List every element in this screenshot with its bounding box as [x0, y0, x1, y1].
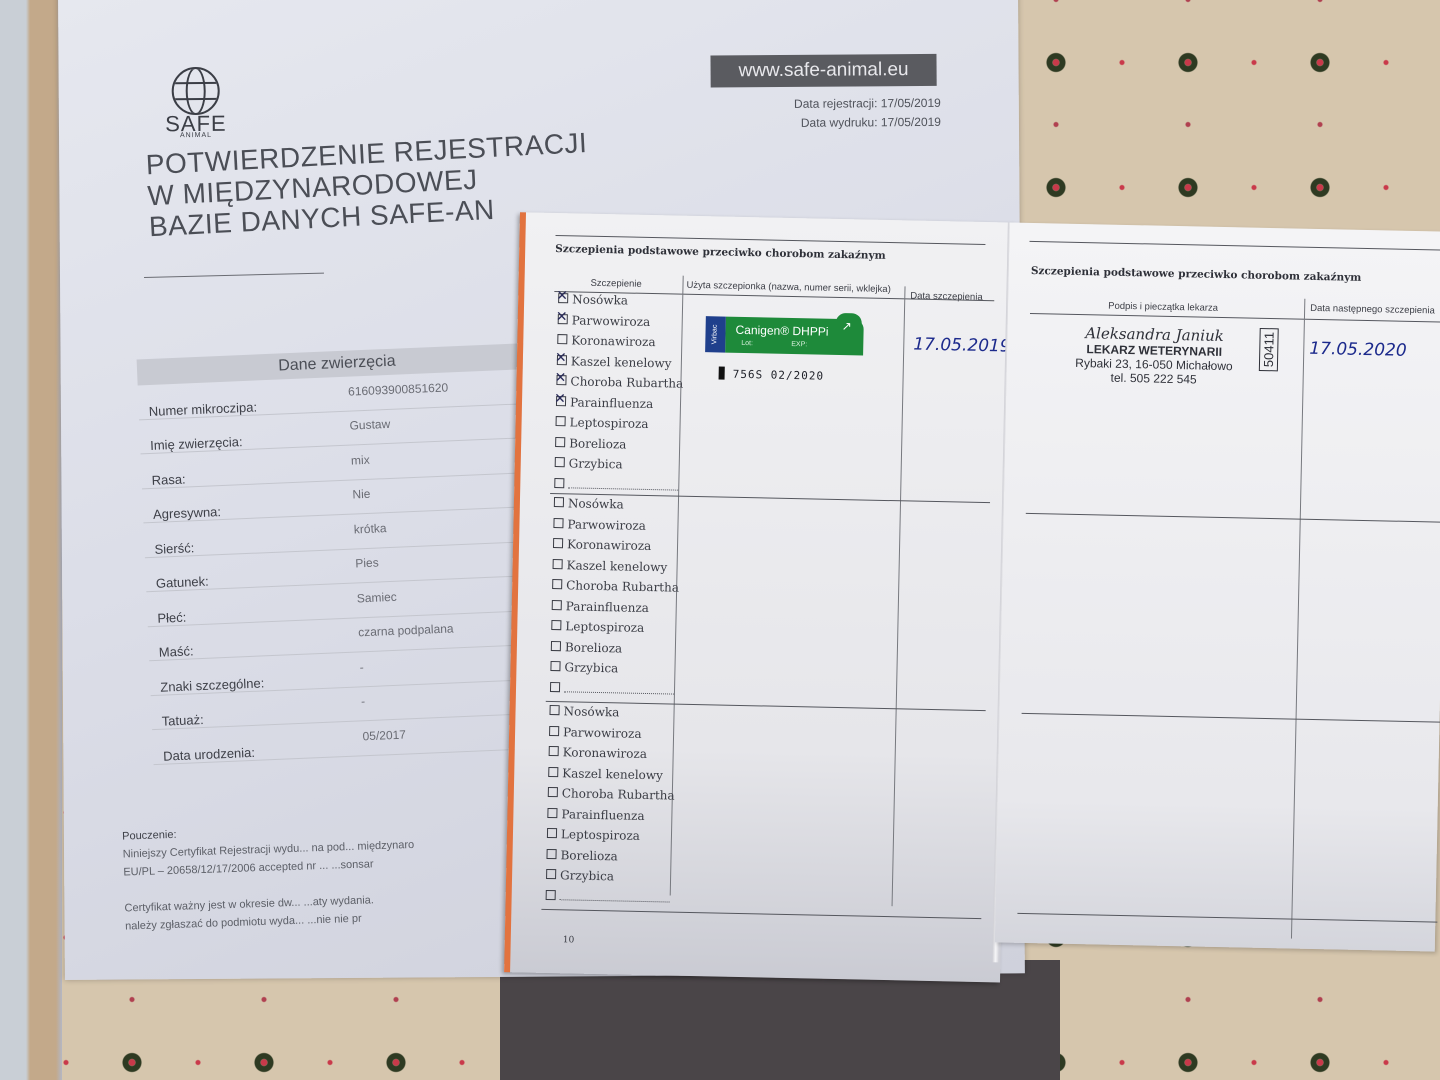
checkbox[interactable]: [557, 355, 567, 365]
vaccination-checkbox-item[interactable]: Borelioza: [555, 433, 682, 456]
checkbox[interactable]: [553, 518, 563, 528]
field-value: Nie: [352, 487, 371, 502]
disease-label: Parwowiroza: [572, 313, 651, 329]
disease-label: Grzybica: [569, 456, 623, 471]
disease-label: Borelioza: [569, 436, 627, 451]
batch-number: 756S 02/2020: [719, 366, 825, 382]
field-value: Gustaw: [349, 417, 390, 433]
checkbox[interactable]: [556, 375, 566, 385]
checkbox[interactable]: [546, 848, 556, 858]
blank-line: [564, 691, 674, 694]
checkbox[interactable]: [556, 396, 566, 406]
vaccination-checkbox-item[interactable]: Nosówka: [558, 289, 685, 312]
page-number: 10: [563, 935, 575, 945]
page-heading: Szczepienia podstawowe przeciwko chorobo…: [555, 243, 886, 262]
disease-label: Kaszel kenelowy: [566, 558, 667, 574]
checkbox[interactable]: [551, 620, 561, 630]
vet-stamp: Aleksandra Janiuk LEKARZ WETERYNARII Ryb…: [1039, 323, 1270, 388]
vaccination-date: 17.05.2019: [913, 335, 1011, 357]
vaccination-checkbox-item[interactable]: Parainfluenza: [547, 803, 674, 826]
vaccination-checkbox-item[interactable]: Parainfluenza: [552, 596, 679, 619]
page-heading: Szczepienia podstawowe przeciwko chorobo…: [1031, 265, 1362, 284]
notice: Pouczenie: Niniejszy Certyfikat Rejestra…: [122, 814, 525, 935]
vaccine-sticker: Virbac Canigen® DHPPi Lot: EXP: ↗: [705, 310, 864, 355]
manufacturer-label: Virbac: [705, 316, 726, 352]
disease-label: Grzybica: [564, 660, 618, 675]
disease-label: Koronawiroza: [563, 745, 648, 761]
disease-label: Choroba Rubartha: [570, 374, 683, 390]
dates-block: Data rejestracji: 17/05/2019 Data wydruk…: [739, 94, 941, 133]
checkbox[interactable]: [558, 293, 568, 303]
column-header-signature: Podpis i pieczątka lekarza: [1108, 301, 1218, 314]
vaccination-checkbox-item[interactable]: Grzybica: [546, 865, 673, 888]
vaccination-checkbox-item[interactable]: Borelioza: [551, 636, 678, 659]
field-value: krótka: [354, 521, 387, 536]
disease-label: Parwowiroza: [563, 725, 642, 741]
vaccination-checkbox-item[interactable]: Leptospiroza: [547, 824, 674, 847]
vaccination-checkbox-item[interactable]: Parwowiroza: [553, 514, 680, 537]
vaccination-checklist: NosówkaParwowirozaKoronawirozaKaszel ken…: [550, 493, 681, 701]
disease-label: Parainfluenza: [561, 807, 644, 823]
disease-label: Nosówka: [572, 292, 628, 307]
field-value: Pies: [355, 556, 379, 571]
divider: [1017, 913, 1437, 923]
disease-label: Parainfluenza: [566, 599, 649, 615]
column-header-vaccine-used: Użyta szczepionka (nazwa, numer serii, w…: [686, 280, 891, 295]
column-divider: [892, 286, 906, 906]
blank-line: [568, 487, 678, 490]
disease-label: Choroba Rubartha: [562, 786, 675, 802]
vaccination-checkbox-item[interactable]: Leptospiroza: [555, 412, 682, 435]
vaccination-checkbox-item[interactable]: Choroba Rubartha: [556, 371, 683, 394]
vaccination-checkbox-item[interactable]: Parwowiroza: [558, 310, 685, 333]
field-value: -: [361, 694, 366, 708]
checkbox[interactable]: [554, 478, 564, 488]
checkbox[interactable]: [551, 640, 561, 650]
vaccination-checkbox-item[interactable]: Kaszel kenelowy: [548, 762, 675, 785]
arrow-icon: ↗: [842, 319, 852, 333]
checkbox[interactable]: [546, 889, 556, 899]
field-value: czarna podpalana: [358, 621, 454, 639]
vaccination-checkbox-item[interactable]: [545, 885, 672, 908]
column-header-date: Data szczepienia: [910, 290, 983, 303]
checkbox[interactable]: [548, 787, 558, 797]
print-date: 17/05/2019: [881, 115, 941, 129]
checkbox[interactable]: [546, 869, 556, 879]
vaccination-checkbox-item[interactable]: Borelioza: [546, 844, 673, 867]
checkbox[interactable]: [550, 681, 560, 691]
checkbox[interactable]: [553, 559, 563, 569]
disease-label: Kaszel kenelowy: [562, 766, 663, 782]
animal-data-table: Dane zwierzęcia Numer mikroczipa:6160939…: [137, 343, 554, 765]
disease-label: Choroba Rubartha: [566, 578, 679, 594]
vaccination-checkbox-item[interactable]: Koronawiroza: [557, 330, 684, 353]
vaccination-checkbox-item[interactable]: Kaszel kenelowy: [557, 351, 684, 374]
divider: [1029, 241, 1440, 251]
disease-label: Parwowiroza: [567, 517, 646, 533]
checkbox[interactable]: [555, 437, 565, 447]
vaccination-checkbox-item[interactable]: Choroba Rubartha: [552, 575, 679, 598]
vaccination-checklist: NosówkaParwowirozaKoronawirozaKaszel ken…: [554, 289, 685, 497]
vaccination-booklet: Szczepienia podstawowe przeciwko chorobo…: [492, 212, 1440, 997]
checkbox[interactable]: [547, 807, 557, 817]
disease-label: Grzybica: [560, 868, 614, 883]
checkbox[interactable]: [553, 538, 563, 548]
divider: [1026, 513, 1440, 523]
column-header-vaccination: Szczepienie: [590, 278, 641, 290]
vaccination-checkbox-item[interactable]: Nosówka: [554, 493, 681, 516]
checkbox[interactable]: [557, 334, 567, 344]
field-value: 616093900851620: [348, 380, 449, 398]
checkbox[interactable]: [550, 661, 560, 671]
field-label: Data urodzenia:: [153, 740, 363, 764]
disease-label: Borelioza: [560, 848, 618, 863]
disease-label: Leptospiroza: [565, 619, 644, 635]
field-value: 05/2017: [362, 727, 406, 743]
disease-label: Leptospiroza: [561, 827, 640, 843]
checkbox[interactable]: [549, 705, 559, 715]
checkbox[interactable]: [552, 579, 562, 589]
field-value: Samiec: [356, 589, 397, 605]
disease-label: Parainfluenza: [570, 395, 653, 411]
next-vaccination-date: 17.05.2020: [1309, 339, 1407, 361]
checkbox[interactable]: [555, 457, 565, 467]
field-value: -: [359, 660, 364, 674]
checkbox[interactable]: [549, 725, 559, 735]
lot-label: Lot:: [741, 340, 753, 347]
vaccination-checkbox-item[interactable]: Koronawiroza: [553, 534, 680, 557]
disease-label: Leptospiroza: [569, 415, 648, 431]
checkbox[interactable]: [549, 746, 559, 756]
divider: [144, 273, 324, 278]
field-value: mix: [351, 452, 370, 467]
vaccination-checkbox-item[interactable]: [550, 677, 677, 700]
column-header-next-date: Data następnego szczepienia: [1310, 303, 1435, 317]
vaccination-checkbox-item[interactable]: Nosówka: [549, 701, 676, 724]
vaccination-checkbox-item[interactable]: Parainfluenza: [556, 392, 683, 415]
left-edge-background: [0, 0, 62, 1080]
disease-label: Nosówka: [568, 496, 624, 511]
vaccination-checkbox-item[interactable]: Koronawiroza: [548, 742, 675, 765]
divider: [1022, 713, 1440, 723]
disease-label: Koronawiroza: [571, 333, 656, 349]
print-date-label: Data wydruku:: [801, 115, 878, 130]
disease-label: Nosówka: [563, 704, 619, 719]
checkbox[interactable]: [558, 314, 568, 324]
vaccine-name: Canigen® DHPPi: [735, 323, 828, 339]
checkbox[interactable]: [556, 416, 566, 426]
vaccination-checkbox-item[interactable]: Grzybica: [555, 453, 682, 476]
vaccination-checkbox-item[interactable]: Grzybica: [550, 657, 677, 680]
disease-label: Kaszel kenelowy: [571, 354, 672, 370]
disease-label: Koronawiroza: [567, 537, 652, 553]
vaccination-checklist: NosówkaParwowirozaKoronawirozaKaszel ken…: [545, 701, 676, 909]
booklet-left-page: Szczepienia podstawowe przeciwko chorobo…: [504, 212, 1016, 982]
registration-date: 17/05/2019: [881, 96, 941, 110]
disease-label: Borelioza: [565, 640, 623, 655]
checkbox[interactable]: [552, 600, 562, 610]
vet-license-number: 50411: [1259, 328, 1279, 372]
vaccination-checkbox-item[interactable]: Kaszel kenelowy: [552, 555, 679, 578]
exp-label: EXP:: [791, 341, 807, 348]
registration-date-label: Data rejestracji:: [794, 96, 877, 111]
vaccination-checkbox-item[interactable]: Leptospiroza: [551, 616, 678, 639]
blank-line: [560, 899, 670, 902]
vaccination-checkbox-item[interactable]: Choroba Rubartha: [548, 783, 675, 806]
column-divider: [1291, 299, 1305, 939]
globe-icon: [172, 67, 220, 115]
checkbox[interactable]: [548, 766, 558, 776]
website-banner: www.safe-animal.eu: [710, 54, 936, 88]
vaccination-checkbox-item[interactable]: Parwowiroza: [549, 721, 676, 744]
checkbox[interactable]: [554, 497, 564, 507]
checkbox[interactable]: [547, 828, 557, 838]
safe-animal-logo: SAFE ANIMAL: [151, 67, 242, 140]
divider: [541, 909, 981, 919]
